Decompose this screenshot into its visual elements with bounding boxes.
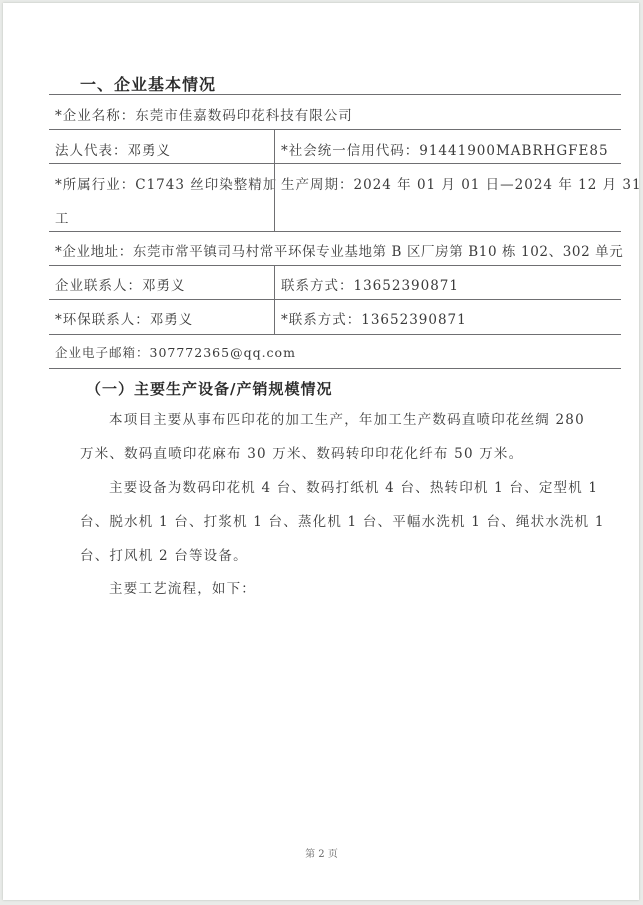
- company-name-cell: *企业名称：东莞市佳嘉数码印花科技有限公司: [55, 104, 353, 124]
- table-row: 法人代表：邓勇义 *社会统一信用代码：91441900MABRHGFE85: [49, 129, 621, 163]
- credit-code-cell: *社会统一信用代码：91441900MABRHGFE85: [281, 139, 609, 159]
- env-contact-person-cell: *环保联系人：邓勇义: [55, 308, 193, 328]
- industry-cell-line1: *所属行业：C1743 丝印染整精加: [55, 173, 277, 193]
- contact-phone-cell: 联系方式：13652390871: [281, 274, 459, 294]
- paragraph-output: 本项目主要从事布匹印花的加工生产，年加工生产数码直喷印花丝绸 280 万米、数码…: [80, 403, 620, 471]
- table-row: 企业电子邮箱：307772365@qq.com: [49, 334, 621, 369]
- page-number: 第 2 页: [0, 845, 643, 860]
- contact-person-cell: 企业联系人：邓勇义: [55, 274, 186, 294]
- table-row: *所属行业：C1743 丝印染整精加 工 生产周期：2024 年 01 月 01…: [49, 163, 621, 231]
- column-divider: [274, 164, 275, 231]
- table-row: 企业联系人：邓勇义 联系方式：13652390871: [49, 265, 621, 299]
- column-divider: [274, 130, 275, 163]
- column-divider: [274, 266, 275, 299]
- env-contact-phone-cell: *联系方式：13652390871: [281, 308, 467, 328]
- address-cell: *企业地址：东莞市常平镇司马村常平环保专业基地第 B 区厂房第 B10 栋 10…: [55, 240, 623, 260]
- paragraph-line: 台、打风机 2 台等设备。: [80, 539, 620, 573]
- production-period-cell: 生产周期：2024 年 01 月 01 日—2024 年 12 月 31 日: [281, 173, 643, 193]
- paragraph-equipment: 主要设备为数码印花机 4 台、数码打纸机 4 台、热转印机 1 台、定型机 1 …: [80, 471, 620, 573]
- paragraph-line: 主要工艺流程，如下：: [80, 572, 620, 606]
- legal-rep-cell: 法人代表：邓勇义: [55, 139, 171, 159]
- column-divider: [274, 300, 275, 334]
- company-info-table: *企业名称：东莞市佳嘉数码印花科技有限公司 法人代表：邓勇义 *社会统一信用代码…: [49, 94, 621, 369]
- industry-cell-line2: 工: [55, 207, 70, 227]
- subsection-title: （一）主要生产设备/产销规模情况: [86, 378, 332, 399]
- paragraph-line: 本项目主要从事布匹印花的加工生产，年加工生产数码直喷印花丝绸 280: [80, 403, 620, 437]
- section-title: 一、企业基本情况: [80, 72, 216, 95]
- table-row: *环保联系人：邓勇义 *联系方式：13652390871: [49, 299, 621, 334]
- paragraph-line: 万米、数码直喷印花麻布 30 万米、数码转印印花化纤布 50 万米。: [80, 437, 620, 471]
- paragraph-line: 台、脱水机 1 台、打浆机 1 台、蒸化机 1 台、平幅水洗机 1 台、绳状水洗…: [80, 505, 620, 539]
- paragraph-line: 主要设备为数码印花机 4 台、数码打纸机 4 台、热转印机 1 台、定型机 1: [80, 471, 620, 505]
- table-row: *企业名称：东莞市佳嘉数码印花科技有限公司: [49, 94, 621, 129]
- paragraph-process: 主要工艺流程，如下：: [80, 572, 620, 606]
- table-row: *企业地址：东莞市常平镇司马村常平环保专业基地第 B 区厂房第 B10 栋 10…: [49, 231, 621, 265]
- email-cell: 企业电子邮箱：307772365@qq.com: [55, 343, 296, 361]
